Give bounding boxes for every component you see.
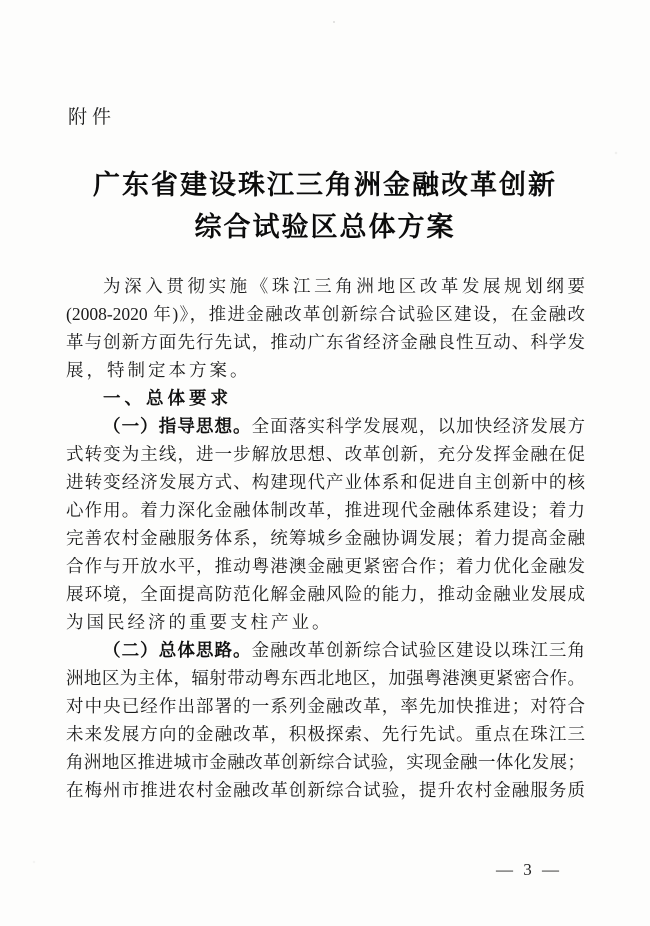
line-text-run: 金融改革创新综合试验区建设以珠江三角 <box>252 640 585 660</box>
line-text-run: 革与创新方面先行先试，推动广东省经济金融良性互动、科学发 <box>66 332 585 352</box>
line-text-run: 角洲地区推进城市金融改革创新综合试验，实现金融一体化发展； <box>66 752 585 772</box>
page-number: — 3 — <box>496 860 562 880</box>
text-line: 展，特制定本方案。 <box>66 356 585 384</box>
text-line: 进转变经济发展方式、构建现代产业体系和促进自主创新中的核 <box>66 468 585 496</box>
title-line-2: 综合试验区总体方案 <box>0 206 650 248</box>
text-line: (2008-2020 年)》，推进金融改革创新综合试验区建设，在金融改 <box>66 300 585 328</box>
line-text-run: 全面落实科学发展观，以加快经济发展方 <box>252 416 585 436</box>
text-line: 未来发展方向的金融改革，积极探索、先行先试。重点在珠江三 <box>66 720 585 748</box>
attachment-label: 附件 <box>68 102 116 129</box>
text-line: 展环境，全面提高防范化解金融风险的能力，推动金融业发展成 <box>66 580 585 608</box>
section-heading: 一、总体要求 <box>66 384 585 412</box>
line-text-run: 为国民经济的重要支柱产业。 <box>66 612 333 632</box>
line-text-run: 心作用。着力深化金融体制改革，推进现代金融体系建设；着力 <box>66 500 585 520</box>
text-line: 在梅州市推进农村金融改革创新综合试验，提升农村金融服务质 <box>66 776 585 804</box>
line-text-run: 洲地区为主体，辐射带动粤东西北地区，加强粤港澳更紧密合作。 <box>66 668 585 688</box>
document-page: 附件 广东省建设珠江三角洲金融改革创新 综合试验区总体方案 为深入贯彻实施《珠江… <box>0 0 650 926</box>
line-text-run: 展，特制定本方案。 <box>66 360 251 380</box>
line-text-run: 式转变为主线，进一步解放思想、改革创新，充分发挥金融在促 <box>66 444 585 464</box>
text-line: （一）指导思想。全面落实科学发展观，以加快经济发展方 <box>66 412 585 440</box>
line-text-run: 进转变经济发展方式、构建现代产业体系和促进自主创新中的核 <box>66 472 585 492</box>
text-line: 为深入贯彻实施《珠江三角洲地区改革发展规划纲要 <box>66 272 585 300</box>
text-line: 完善农村金融服务体系，统筹城乡金融协调发展；着力提高金融 <box>66 524 585 552</box>
title-line-1: 广东省建设珠江三角洲金融改革创新 <box>0 164 650 206</box>
line-text-run: 在梅州市推进农村金融改革创新综合试验，提升农村金融服务质 <box>66 780 585 800</box>
line-text-run: 合作与开放水平，推动粤港澳金融更紧密合作；着力优化金融发 <box>66 556 585 576</box>
scan-noise <box>333 21 335 23</box>
body-text: 为深入贯彻实施《珠江三角洲地区改革发展规划纲要 (2008-2020 年)》，推… <box>66 272 585 804</box>
text-line: 对中央已经作出部署的一系列金融改革，率先加快推进；对符合 <box>66 692 585 720</box>
text-line: （二）总体思路。金融改革创新综合试验区建设以珠江三角 <box>66 636 585 664</box>
text-line: 革与创新方面先行先试，推动广东省经济金融良性互动、科学发 <box>66 328 585 356</box>
line-text-run: (2008-2020 年)》，推进金融改革创新综合试验区建设，在金融改 <box>66 304 585 324</box>
line-text-run: 为深入贯彻实施《珠江三角洲地区改革发展规划纲要 <box>103 276 585 296</box>
line-text-run: 展环境，全面提高防范化解金融风险的能力，推动金融业发展成 <box>66 584 585 604</box>
text-line: 式转变为主线，进一步解放思想、改革创新，充分发挥金融在促 <box>66 440 585 468</box>
line-bold-run: （一）指导思想。 <box>103 416 252 436</box>
text-line: 合作与开放水平，推动粤港澳金融更紧密合作；着力优化金融发 <box>66 552 585 580</box>
line-bold-run: 一、总体要求 <box>103 388 232 408</box>
text-line: 心作用。着力深化金融体制改革，推进现代金融体系建设；着力 <box>66 496 585 524</box>
document-title: 广东省建设珠江三角洲金融改革创新 综合试验区总体方案 <box>0 164 650 248</box>
line-text-run: 对中央已经作出部署的一系列金融改革，率先加快推进；对符合 <box>66 696 585 716</box>
line-text-run: 完善农村金融服务体系，统筹城乡金融协调发展；着力提高金融 <box>66 528 585 548</box>
text-line: 洲地区为主体，辐射带动粤东西北地区，加强粤港澳更紧密合作。 <box>66 664 585 692</box>
line-text-run: 未来发展方向的金融改革，积极探索、先行先试。重点在珠江三 <box>66 724 585 744</box>
text-line: 角洲地区推进城市金融改革创新综合试验，实现金融一体化发展； <box>66 748 585 776</box>
line-bold-run: （二）总体思路。 <box>103 640 252 660</box>
text-line: 为国民经济的重要支柱产业。 <box>66 608 585 636</box>
